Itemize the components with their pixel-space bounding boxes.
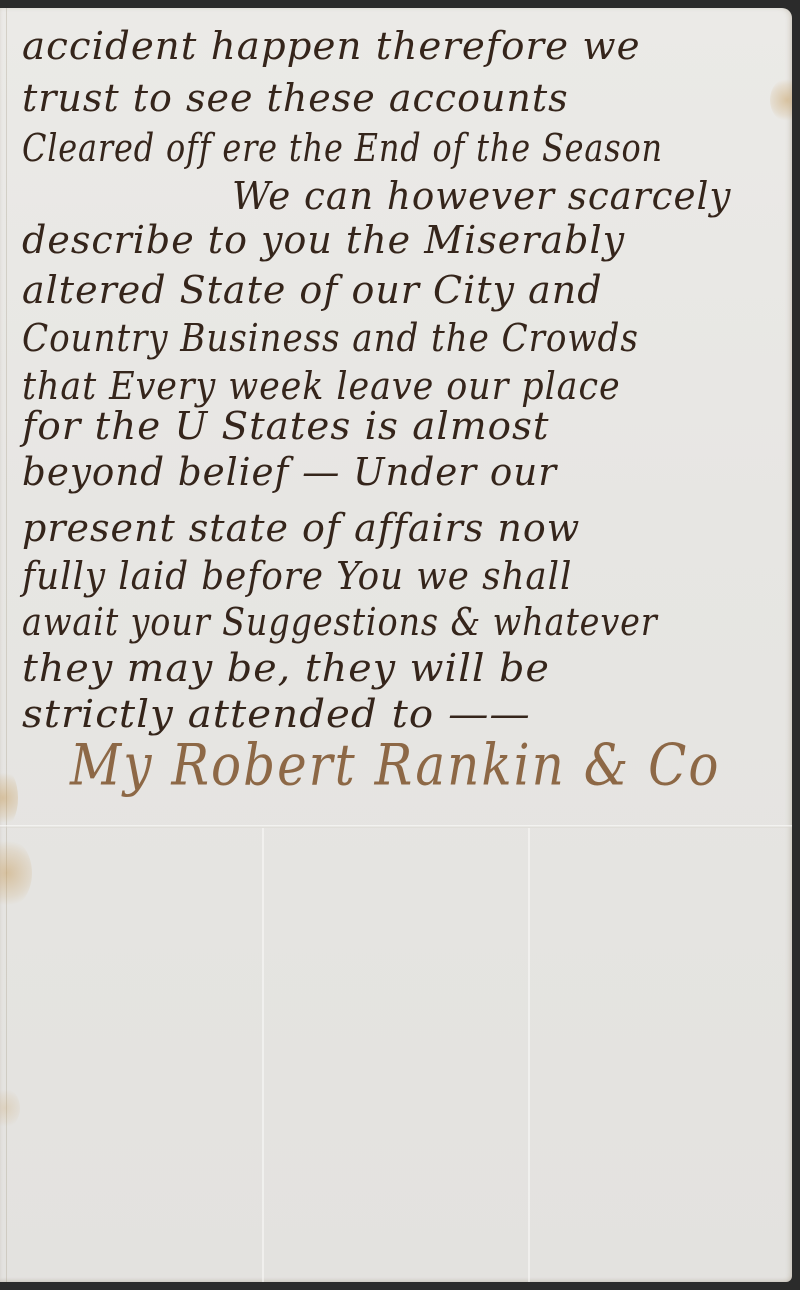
horizontal-fold-line (0, 825, 792, 828)
foxing-stain (0, 838, 32, 908)
letter-line: Country Business and the Crowds (22, 314, 639, 362)
letter-line: Cleared off ere the End of the Season (22, 124, 663, 172)
letter-line: trust to see these accounts (22, 74, 569, 122)
foxing-stain (770, 78, 792, 122)
paper-sheet: accident happen therefore we trust to se… (0, 8, 792, 1282)
signature: My Robert Rankin & Co (70, 732, 721, 799)
vertical-fold-line (262, 828, 264, 1282)
letter-line: accident happen therefore we (22, 22, 641, 70)
letter-line: for the U States is almost (22, 402, 549, 450)
letter-line: fully laid before You we shall (22, 552, 572, 600)
letter-line: present state of affairs now (22, 504, 580, 552)
foxing-stain (0, 1088, 20, 1128)
letter-line: describe to you the Miserably (22, 216, 625, 264)
vertical-fold-line (528, 828, 530, 1282)
scanned-letter: accident happen therefore we trust to se… (0, 0, 800, 1290)
letter-line: We can however scarcely (232, 172, 731, 220)
letter-line: altered State of our City and (22, 266, 603, 314)
foxing-stain (0, 768, 18, 828)
letter-line: beyond belief — Under our (22, 448, 557, 496)
letter-line: await your Suggestions & whatever (22, 598, 658, 646)
letter-line: they may be, they will be (22, 644, 550, 692)
